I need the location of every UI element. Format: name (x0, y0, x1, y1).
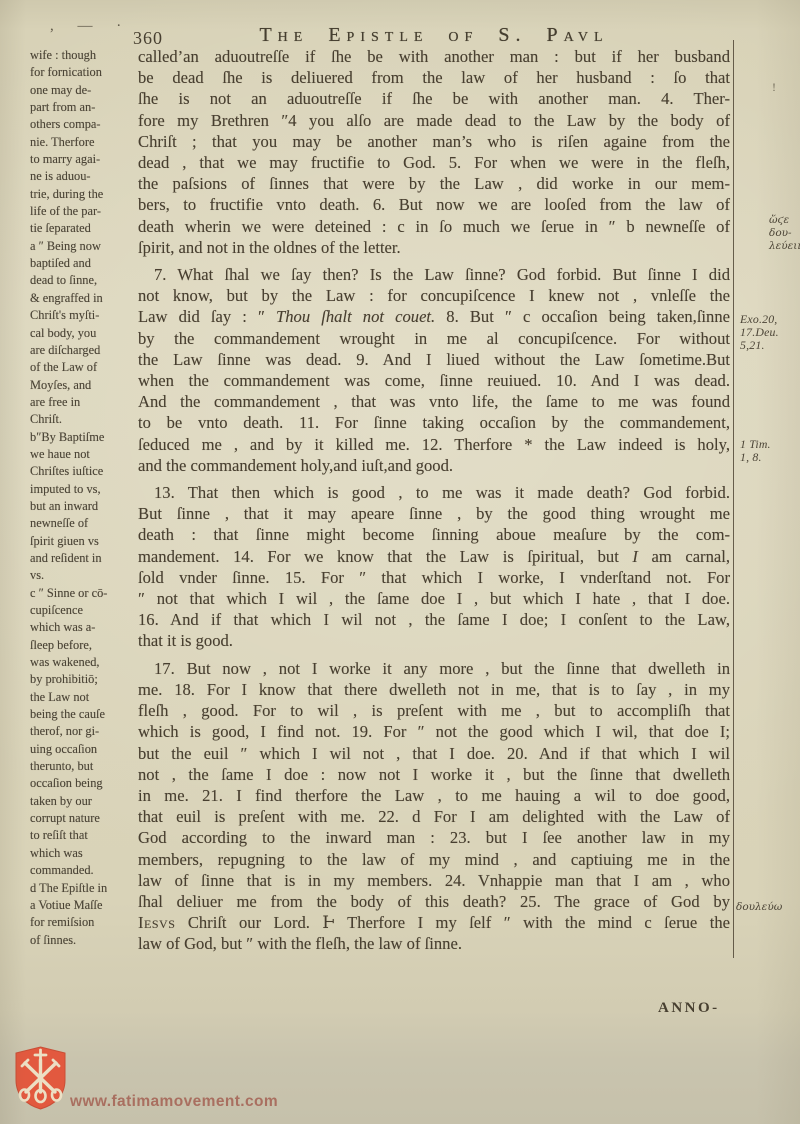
text-line: 17. But now , not I worke it any more , … (138, 658, 730, 679)
paragraph: 17. But now , not I worke it any more , … (138, 658, 730, 955)
margin-note-line: dead to ſinne, (30, 272, 136, 289)
text-line: ſhe is not an aduoutreſſe if ſhe be with… (138, 88, 730, 109)
text-line: law of ſinne that is in my members. 24. … (138, 870, 730, 891)
margin-note-line: which was a- (30, 619, 136, 636)
margin-note-line: to marry agai- (30, 151, 136, 168)
margin-note-line: of ſinnes. (30, 932, 136, 949)
scanned-book-page: , — · 360 The Epistle of S. Pavl wife : … (0, 0, 800, 1124)
text-line: God according to the inward man : 23. bu… (138, 827, 730, 848)
margin-note-line: nie. Therfore (30, 134, 136, 151)
text-line: law of God, but ″ with the fleſh, the la… (138, 933, 730, 954)
text-line: 16. And if that which I wil not , the ſa… (138, 609, 730, 630)
margin-note-line: ſleep before, (30, 637, 136, 654)
margin-note-line: being the cauſe (30, 706, 136, 723)
margin-note-greek: ὥϛε δου-λεύειν. (769, 214, 800, 253)
running-title: The Epistle of S. Pavl (138, 24, 730, 47)
margin-note-line: Chriſtes iuſtice (30, 463, 136, 480)
text-line: ſhal deliuer me from the body of this de… (138, 891, 730, 912)
text-line: by the commandement wrought in me al con… (138, 328, 730, 349)
margin-note-line: others compa- (30, 116, 136, 133)
text-line: be dead ſhe is deliuered from the law of… (138, 67, 730, 88)
margin-note-line: life of the par- (30, 203, 136, 220)
margin-note-line: by prohibitiō; (30, 671, 136, 688)
text-line: Iesvs Chriſt our Lord. Ͱ Therfore I my ſ… (138, 912, 730, 933)
margin-note-line: taken by our (30, 793, 136, 810)
margin-note-line: therof, nor gi- (30, 723, 136, 740)
text-line: 7. What ſhal we ſay then? Is the Law ſin… (138, 264, 730, 285)
text-line: death : that ſinne might become ſinning … (138, 524, 730, 545)
main-text-column: called’an aduoutreſſe if ſhe be with ano… (138, 46, 730, 955)
paragraph: 7. What ſhal we ſay then? Is the Law ſin… (138, 264, 730, 476)
margin-note-line: cal body, you (30, 325, 136, 342)
watermark-url: www.fatimamovement.com (70, 1093, 278, 1111)
paragraph: called’an aduoutreſſe if ſhe be with ano… (138, 46, 730, 258)
text-line: when the commandement was come, ſinne re… (138, 370, 730, 391)
margin-note-line: a Votiue Maſſe (30, 897, 136, 914)
text-line: ſpirit, and not in the oldnes of the let… (138, 237, 730, 258)
text-line: to be vnto death. 11. For ſinne taking o… (138, 412, 730, 433)
margin-note-line: uing occaſion (30, 741, 136, 758)
margin-note-line: trie, during the (30, 186, 136, 203)
margin-note-line: corrupt nature (30, 810, 136, 827)
text-line: dead , that we may fructifie to God. 5. … (138, 152, 730, 173)
text-line: fleſh , good. For to wil , is preſent wi… (138, 700, 730, 721)
text-line: not know, but by the Law : for concupiſc… (138, 285, 730, 306)
margin-note-line: was wakened, (30, 654, 136, 671)
margin-note-line: ſpirit giuen vs (30, 533, 136, 550)
margin-note-line: the Law not (30, 689, 136, 706)
margin-note-line: tie ſeparated (30, 220, 136, 237)
text-line: 13. That then which is good , to me was … (138, 482, 730, 503)
margin-note-line: we haue not (30, 446, 136, 463)
column-rule (733, 40, 734, 958)
text-line: ſeduced me , and by it killed me. 12. Th… (138, 434, 730, 455)
margin-note-line: commanded. (30, 862, 136, 879)
margin-note-line: Chriſt. (30, 411, 136, 428)
text-line: bers, to fructifie vnto death. 6. But no… (138, 194, 730, 215)
margin-note-line: occaſion being (30, 775, 136, 792)
text-line: Chriſt ; that you may be another man’s w… (138, 131, 730, 152)
text-line: not , the ſame I doe : now not I worke i… (138, 764, 730, 785)
margin-note-line: are diſcharged (30, 342, 136, 359)
text-line: death wherin we were deteined : c in ſo … (138, 216, 730, 237)
left-margin-annotations: wife : thoughfor fornicationone may de-p… (30, 47, 136, 949)
margin-note-line: therunto, but (30, 758, 136, 775)
margin-note-line: of the Law of (30, 359, 136, 376)
shield-icon (14, 1046, 67, 1110)
text-line: But ſinne , that it may apeare ſinne , b… (138, 503, 730, 524)
margin-note-citation: 1 Tim.1, 8. (740, 438, 771, 464)
margin-note-citation: Exo.20,17.Deu.5,21. (740, 313, 779, 352)
text-line: me. 18. For I know that there dwelleth n… (138, 679, 730, 700)
paragraph: 13. That then which is good , to me was … (138, 482, 730, 652)
margin-note-line: to reſiſt that (30, 827, 136, 844)
margin-note-line: wife : though (30, 47, 136, 64)
text-line: the Law ſinne was dead. 9. And I liued w… (138, 349, 730, 370)
text-line: the paſsions of ſinnes that were by the … (138, 173, 730, 194)
margin-note-line: baptiſed and (30, 255, 136, 272)
margin-note-greek: δουλεύω (736, 901, 782, 914)
text-line: And the commandement , that was vnto lif… (138, 391, 730, 412)
text-line: members, repugning to the law of my mind… (138, 849, 730, 870)
margin-note-line: cupiſcence (30, 602, 136, 619)
text-line: which is good, I find not. 19. For ″ not… (138, 721, 730, 742)
margin-note-line: and reſident in (30, 550, 136, 567)
text-line: called’an aduoutreſſe if ſhe be with ano… (138, 46, 730, 67)
margin-note-line: d The Epiſtle in (30, 880, 136, 897)
ink-marks-top-left: , — · (50, 18, 131, 35)
margin-note-line: part from an- (30, 99, 136, 116)
text-line: but the euil ″ which I wil not , that I … (138, 743, 730, 764)
margin-note-line: imputed to vs, (30, 481, 136, 498)
text-line: fore my Brethren ″4 you alſo are made de… (138, 110, 730, 131)
catchword: ANNO- (658, 1000, 720, 1017)
margin-note-line: vs. (30, 567, 136, 584)
margin-note-line: Moyſes, and (30, 377, 136, 394)
ink-speck: ! (772, 80, 776, 95)
text-line: Law did ſay : ″ Thou ſhalt not couet. 8.… (138, 306, 730, 327)
margin-note-line: ne is aduou- (30, 168, 136, 185)
margin-note-line: & engraffed in (30, 290, 136, 307)
text-line: ſold vnder ſinne. 15. For ″ that which I… (138, 567, 730, 588)
margin-note-line: which was (30, 845, 136, 862)
margin-note-line: for fornication (30, 64, 136, 81)
text-line: ″ not that which I wil , the ſame doe I … (138, 588, 730, 609)
margin-note-line: newneſſe of (30, 515, 136, 532)
margin-note-line: one may de- (30, 82, 136, 99)
margin-note-line: but an inward (30, 498, 136, 515)
crossed-keys-shield-logo (14, 1046, 67, 1110)
text-line: and the commandement holy,and iuſt,and g… (138, 455, 730, 476)
margin-note-line: c ″ Sinne or cō- (30, 585, 136, 602)
margin-note-line: b″By Baptiſme (30, 429, 136, 446)
text-line: mandement. 14. For we know that the Law … (138, 546, 730, 567)
text-line: in me. 21. I find therfore the Law , to … (138, 785, 730, 806)
margin-note-line: are free in (30, 394, 136, 411)
margin-note-line: Chriſt's myſti- (30, 307, 136, 324)
text-line: that it is good. (138, 630, 730, 651)
margin-note-line: for remiſsion (30, 914, 136, 931)
text-line: that euil is preſent with me. 22. d For … (138, 806, 730, 827)
margin-note-line: a ″ Being now (30, 238, 136, 255)
